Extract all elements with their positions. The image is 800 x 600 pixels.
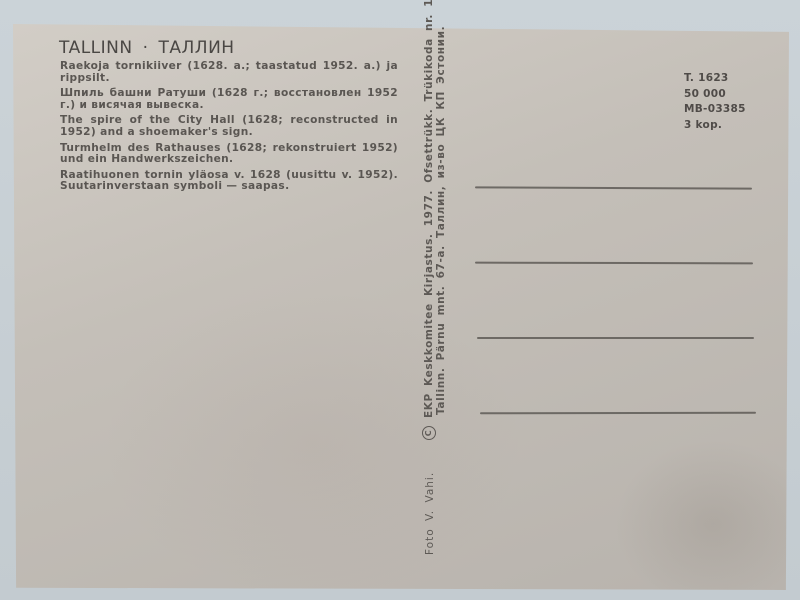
postcard-title: TALLINN·ТАЛЛИН (59, 38, 235, 58)
caption-finnish: Raatihuonen tornin yläosa v. 1628 (uusit… (60, 170, 398, 193)
catalog-code: MB-03385 (684, 102, 746, 118)
caption-block: Raekoja tornikiiver (1628. a.; taastatud… (60, 61, 398, 197)
imprint-line-2: Tallinn. Pärnu mnt. 67-a. Таллин, из-во … (435, 26, 447, 437)
caption-english: The spire of the City Hall (1628; recons… (60, 115, 398, 138)
price: 3 kop. (684, 118, 746, 134)
copyright-icon: C (422, 426, 436, 440)
imprint-line-1: CEKP Keskkomitee Kirjastus. 1977. Ofsett… (422, 0, 436, 440)
title-separator: · (143, 38, 149, 58)
imprint-address: Tallinn. Pärnu mnt. 67-a. Таллин, из-во … (435, 26, 447, 415)
caption-russian: Шпиль башни Ратуши (1628 г.; восстановле… (60, 88, 398, 111)
photo-credit: Foto V. Vahi. (424, 472, 436, 555)
order-number: T. 1623 (684, 71, 746, 87)
address-line-3 (477, 337, 754, 339)
publication-info: T. 1623 50 000 MB-03385 3 kop. (684, 71, 746, 133)
print-run: 50 000 (684, 87, 746, 103)
caption-estonian: Raekoja tornikiiver (1628. a.; taastatud… (60, 61, 398, 84)
title-latin: TALLINN (59, 38, 133, 58)
title-cyrillic: ТАЛЛИН (159, 38, 235, 58)
imprint-publisher: EKP Keskkomitee Kirjastus. 1977. Ofsettr… (423, 0, 435, 418)
caption-german: Turmhelm des Rathauses (1628; rekonstrui… (60, 143, 398, 166)
photo-scene: TALLINN·ТАЛЛИН Raekoja tornikiiver (1628… (0, 0, 800, 600)
